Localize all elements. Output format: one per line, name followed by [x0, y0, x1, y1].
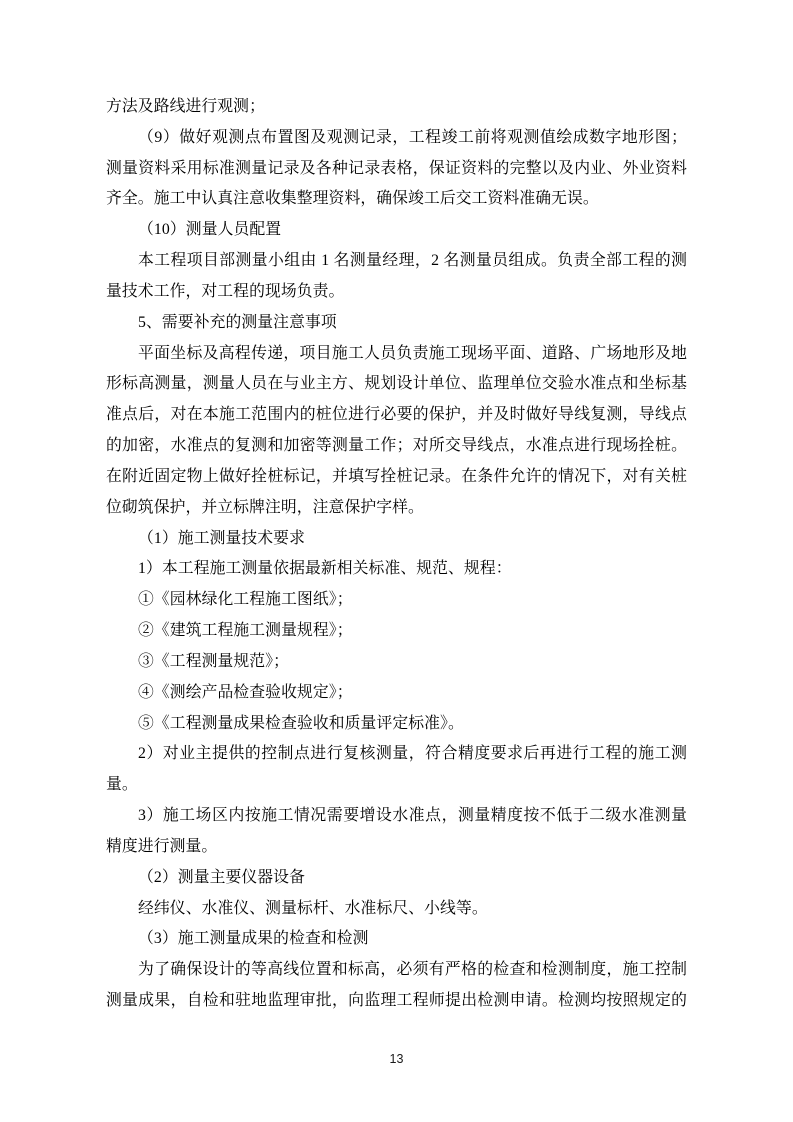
text-line: 经纬仪、水准仪、测量标杆、水准标尺、小线等。 [138, 894, 687, 925]
text-line: 齐全。施工中认真注意收集整理资料，确保竣工后交工资料准确无误。 [106, 184, 687, 215]
text-line: 量。 [106, 770, 687, 801]
text-line: ②《建筑工程施工测量规程》； [138, 616, 687, 647]
text-line: 1）本工程施工测量依据最新相关标准、规范、规程： [138, 554, 687, 585]
text-line: （1）施工测量技术要求 [138, 524, 687, 555]
text-line: 平面坐标及高程传递，项目施工人员负责施工现场平面、道路、广场地形及地 [138, 339, 687, 370]
text-line: 准点后，对在本施工范围内的桩位进行必要的保护，并及时做好导线复测，导线点 [106, 400, 687, 431]
text-line: （2）测量主要仪器设备 [138, 863, 687, 894]
document-page: 方法及路线进行观测；（9）做好观测点布置图及观测记录，工程竣工前将观测值绘成数字… [0, 0, 793, 1122]
text-line: 5、需要补充的测量注意事项 [138, 308, 687, 339]
text-line: 测量资料采用标准测量记录及各种记录表格，保证资料的完整以及内业、外业资料 [106, 154, 687, 185]
document-body: 方法及路线进行观测；（9）做好观测点布置图及观测记录，工程竣工前将观测值绘成数字… [106, 92, 687, 1017]
text-line: ③《工程测量规范》； [138, 647, 687, 678]
text-line: 量技术工作，对工程的现场负责。 [106, 277, 687, 308]
text-line: 3）施工场区内按施工情况需要增设水准点，测量精度按不低于二级水准测量 [138, 801, 687, 832]
text-line: 方法及路线进行观测； [106, 92, 687, 123]
text-line: 形标高测量，测量人员在与业主方、规划设计单位、监理单位交验水准点和坐标基 [106, 369, 687, 400]
page-number: 13 [390, 1052, 404, 1066]
text-line: 位砌筑保护，并立标牌注明，注意保护字样。 [106, 493, 687, 524]
text-line: ⑤《工程测量成果检查验收和质量评定标准》。 [138, 709, 687, 740]
text-line: （9）做好观测点布置图及观测记录，工程竣工前将观测值绘成数字地形图； [138, 123, 687, 154]
page-footer: 13 [0, 1052, 793, 1066]
text-line: 2）对业主提供的控制点进行复核测量，符合精度要求后再进行工程的施工测 [138, 739, 687, 770]
text-line: 的加密，水准点的复测和加密等测量工作；对所交导线点，水准点进行现场拴桩。 [106, 431, 687, 462]
text-line: 精度进行测量。 [106, 832, 687, 863]
text-line: 测量成果，自检和驻地监理审批，向监理工程师提出检测申请。检测均按照规定的 [106, 986, 687, 1017]
text-line: 本工程项目部测量小组由 1 名测量经理，2 名测量员组成。负责全部工程的测 [138, 246, 687, 277]
text-line: （10）测量人员配置 [138, 215, 687, 246]
text-line: ④《测绘产品检查验收规定》； [138, 678, 687, 709]
text-line: ①《园林绿化工程施工图纸》； [138, 585, 687, 616]
text-line: 在附近固定物上做好拴桩标记，并填写拴桩记录。在条件允许的情况下，对有关桩 [106, 462, 687, 493]
text-line: （3）施工测量成果的检查和检测 [138, 924, 687, 955]
text-line: 为了确保设计的等高线位置和标高，必须有严格的检查和检测制度，施工控制 [138, 955, 687, 986]
